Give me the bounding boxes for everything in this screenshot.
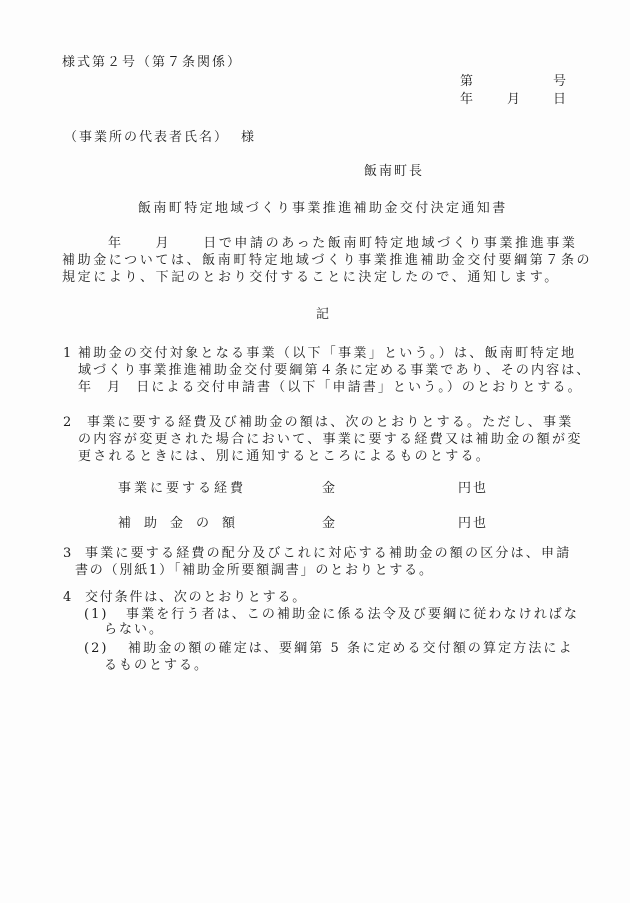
expense-label: 事業に要する経費 [118,481,246,497]
addressee-honorific: 様 [241,130,256,146]
subsidy-amount-suffix: 円也 [458,516,488,532]
addressee-name: （事業所の代表者氏名） [64,130,229,146]
item-1-year: 年 [78,380,93,395]
intro-line-3: 規定により、下記のとおり交付することに決定したので、通知します。 [62,270,560,286]
item-1-rest: 日による交付申請書（以下「申請書」という。）のとおりとする。 [136,380,583,395]
intro-rest: 日で申請のあった飯南町特定地域づくり事業推進事業 [203,236,577,251]
item-1-line-1: 補助金の交付対象となる事業（以下「事業」という。）は、飯南町特定地 [78,346,576,362]
condition-2-number: (2) [84,641,108,657]
ki-marker: 記 [316,307,331,323]
expense-suffix: 円也 [458,481,488,497]
subsidy-amount-label: 補 助 金 の 額 [118,516,235,532]
condition-1-line-1: 事業を行う者は、この補助金に係る法令及び要綱に従わなければな [126,607,579,623]
condition-2-line-1: 補助金の額の確定は、要綱第 5 条に定める交付額の算定方法によ [128,641,574,657]
condition-1-line-2: らない。 [104,622,164,638]
date-month: 月 [507,92,522,108]
item-3-number: 3 [63,546,73,562]
item-2-number: 2 [63,415,73,431]
issuer-name: 飯南町長 [364,164,424,180]
document-title: 飯南町特定地域づくり事業推進補助金交付決定通知書 [138,201,508,217]
item-3-line-1: 事業に要する経費の配分及びこれに対応する補助金の額の区分は、申請 [85,546,571,562]
form-label: 様式第２号（第７条関係） [62,55,242,71]
item-2-line-1: 事業に要する経費及び補助金の額は、次のとおりとする。ただし、事業 [87,415,573,431]
item-3-line-2: 書の（別紙1）「補助金所要額調書」のとおりとする。 [75,563,434,579]
intro-year: 年 [108,236,124,251]
condition-1-number: (1) [84,607,108,623]
item-1-number: 1 [63,346,73,362]
document-number-suffix: 号 [553,74,568,90]
item-4-number: 4 [63,590,73,606]
item-2-line-3: 更されるときには、別に通知するところによるものとする。 [78,449,491,465]
date-year: 年 [460,92,475,108]
expense-prefix: 金 [322,481,337,497]
item-4-line-1: 交付条件は、次のとおりとする。 [85,590,307,606]
intro-line-1: 年月日で申請のあった飯南町特定地域づくり事業推進事業 [62,236,578,252]
item-1-month: 月 [107,380,122,395]
item-1-line-3: 年月日による交付申請書（以下「申請書」という。）のとおりとする。 [78,380,583,396]
item-1-line-2: 域づくり事業推進補助金交付要綱第４条に定める事業であり、その内容は、 [78,363,591,379]
intro-line-2: 補助金については、飯南町特定地域づくり事業推進補助金交付要綱第７条の [62,253,592,269]
subsidy-amount-prefix: 金 [322,516,337,532]
document-number-prefix: 第 [460,74,475,90]
item-2-line-2: の内容が変更された場合において、事業に要する経費又は補助金の額が変 [78,432,583,448]
date-day: 日 [553,92,568,108]
intro-month: 月 [156,236,172,251]
condition-2-line-2: るものとする。 [104,658,209,674]
